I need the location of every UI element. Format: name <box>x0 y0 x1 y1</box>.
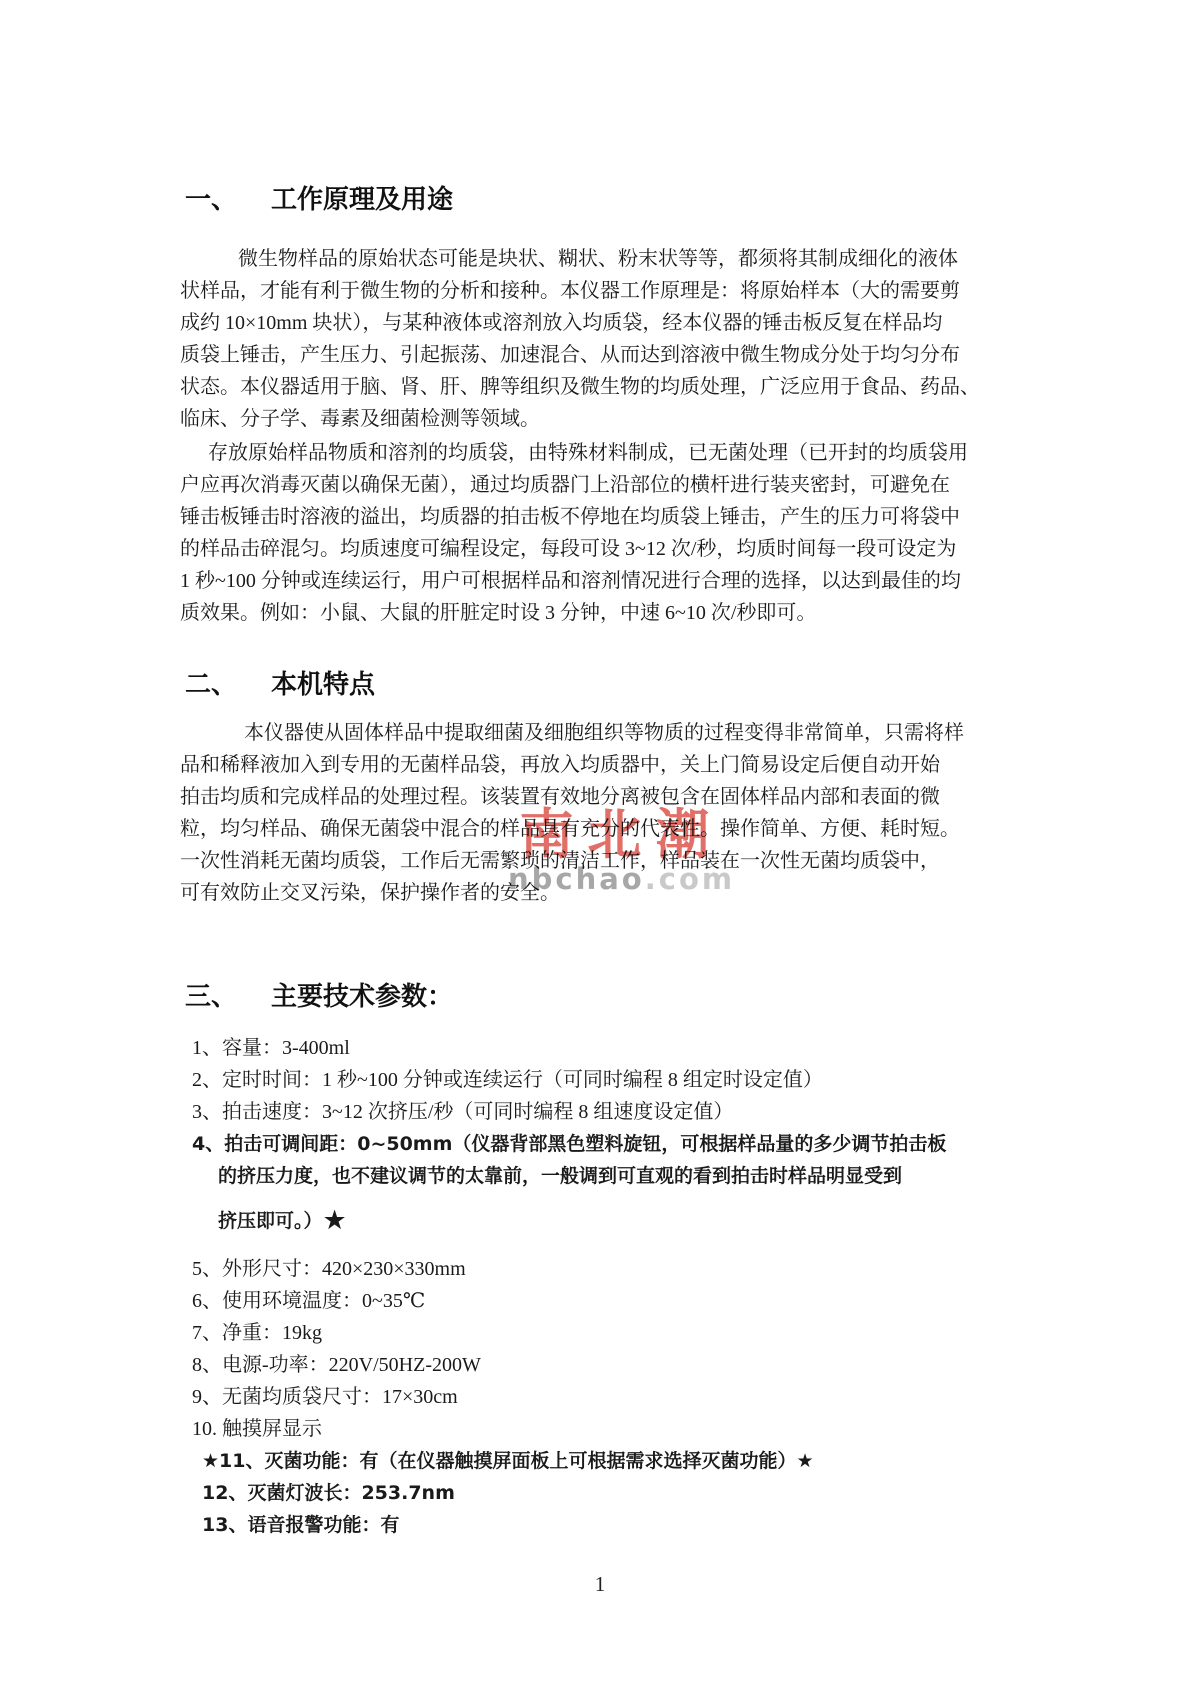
section-2-number: 二、 <box>185 668 237 702</box>
page-footer: 1 <box>0 1572 1200 1597</box>
spec-item-8: 8、电源-功率：220V/50HZ-200W <box>192 1349 980 1381</box>
paragraph-line: 质袋上锤击，产生压力、引起振荡、加速混合、从而达到溶液中微生物成分处于均匀分布 <box>180 339 980 371</box>
section-1-paragraph-1: 微生物样品的原始状态可能是块状、糊状、粉末状等等，都须将其制成细化的液体 状样品… <box>180 243 980 435</box>
paragraph-line: 品和稀释液加入到专用的无菌样品袋，再放入均质器中，关上门简易设定后便自动开始 <box>180 749 980 781</box>
spec-item-2: 2、定时时间：1 秒~100 分钟或连续运行（可同时编程 8 组定时设定值） <box>192 1064 980 1096</box>
section-3-number: 三、 <box>185 980 237 1014</box>
spec-item-4-end: 挤压即可。）★ <box>218 1205 980 1237</box>
section-1-number: 一、 <box>185 183 237 217</box>
spec-item-1: 1、容量：3-400ml <box>192 1032 980 1064</box>
spec-item-4-end-text: 挤压即可。） <box>218 1210 323 1232</box>
spec-item-4: 4、拍击可调间距：0~50mm（仪器背部黑色塑料旋钮，可根据样品量的多少调节拍击… <box>192 1128 980 1160</box>
paragraph-line: 拍击均质和完成样品的处理过程。该装置有效地分离被包含在固体样品内部和表面的微 <box>180 781 980 813</box>
spec-item-13: 13、语音报警功能：有 <box>202 1509 980 1541</box>
paragraph-line: 存放原始样品物质和溶剂的均质袋，由特殊材料制成，已无菌处理（已开封的均质袋用 <box>180 437 980 469</box>
paragraph-line: 状态。本仪器适用于脑、肾、肝、脾等组织及微生物的均质处理，广泛应用于食品、药品、 <box>180 371 980 403</box>
spec-item-10: 10. 触摸屏显示 <box>192 1413 980 1445</box>
paragraph-line: 1 秒~100 分钟或连续运行，用户可根据样品和溶剂情况进行合理的选择，以达到最… <box>180 565 980 597</box>
paragraph-line: 可有效防止交叉污染，保护操作者的安全。 <box>180 877 980 909</box>
spec-item-7: 7、净重：19kg <box>192 1317 980 1349</box>
paragraph-line: 微生物样品的原始状态可能是块状、糊状、粉末状等等，都须将其制成细化的液体 <box>180 243 980 275</box>
paragraph-line: 本仪器使从固体样品中提取细菌及细胞组织等物质的过程变得非常简单，只需将样 <box>180 717 980 749</box>
spec-item-12: 12、灭菌灯波长：253.7nm <box>202 1477 980 1509</box>
spec-item-11: ★11、灭菌功能：有（在仪器触摸屏面板上可根据需求选择灭菌功能）★ <box>202 1445 980 1477</box>
section-2-title: 本机特点 <box>271 668 375 702</box>
spec-item-3: 3、拍击速度：3~12 次挤压/秒（可同时编程 8 组速度设定值） <box>192 1096 980 1128</box>
paragraph-line: 一次性消耗无菌均质袋，工作后无需繁琐的清洁工作，样品装在一次性无菌均质袋中， <box>180 845 980 877</box>
spec-item-9: 9、无菌均质袋尺寸：17×30cm <box>192 1381 980 1413</box>
spec-list: 1、容量：3-400ml 2、定时时间：1 秒~100 分钟或连续运行（可同时编… <box>180 1032 980 1541</box>
paragraph-line: 锤击板锤击时溶液的溢出，均质器的拍击板不停地在均质袋上锤击，产生的压力可将袋中 <box>180 501 980 533</box>
section-2-paragraph-1: 本仪器使从固体样品中提取细菌及细胞组织等物质的过程变得非常简单，只需将样 品和稀… <box>180 717 980 909</box>
section-3-heading: 三、 主要技术参数： <box>185 980 980 1014</box>
spec-item-4-continuation: 的挤压力度，也不建议调节的太靠前，一般调到可直观的看到拍击时样品明显受到 <box>218 1160 980 1192</box>
spec-item-5: 5、外形尺寸：420×230×330mm <box>192 1253 980 1285</box>
paragraph-line: 质效果。例如：小鼠、大鼠的肝脏定时设 3 分钟，中速 6~10 次/秒即可。 <box>180 597 980 629</box>
paragraph-line: 粒，均匀样品、确保无菌袋中混合的样品具有充分的代表性。操作简单、方便、耗时短。 <box>180 813 980 845</box>
section-1-title: 工作原理及用途 <box>271 183 453 217</box>
section-1-heading: 一、 工作原理及用途 <box>185 183 980 217</box>
section-1-paragraph-2: 存放原始样品物质和溶剂的均质袋，由特殊材料制成，已无菌处理（已开封的均质袋用 户… <box>180 437 980 629</box>
page-content: 一、 工作原理及用途 微生物样品的原始状态可能是块状、糊状、粉末状等等，都须将其… <box>180 0 980 1541</box>
star-icon: ★ <box>323 1205 347 1236</box>
section-3-title: 主要技术参数： <box>271 980 453 1014</box>
paragraph-line: 户应再次消毒灭菌以确保无菌），通过均质器门上沿部位的横杆进行装夹密封，可避免在 <box>180 469 980 501</box>
paragraph-line: 成约 10×10mm 块状），与某种液体或溶剂放入均质袋，经本仪器的锤击板反复在… <box>180 307 980 339</box>
spec-item-6: 6、使用环境温度：0~35℃ <box>192 1285 980 1317</box>
page-number: 1 <box>595 1572 606 1596</box>
section-2-heading: 二、 本机特点 <box>185 668 980 702</box>
paragraph-line: 的样品击碎混匀。均质速度可编程设定，每段可设 3~12 次/秒，均质时间每一段可… <box>180 533 980 565</box>
paragraph-line: 状样品，才能有利于微生物的分析和接种。本仪器工作原理是：将原始样本（大的需要剪 <box>180 275 980 307</box>
document-page: 一、 工作原理及用途 微生物样品的原始状态可能是块状、糊状、粉末状等等，都须将其… <box>0 0 1200 1697</box>
paragraph-line: 临床、分子学、毒素及细菌检测等领域。 <box>180 403 980 435</box>
